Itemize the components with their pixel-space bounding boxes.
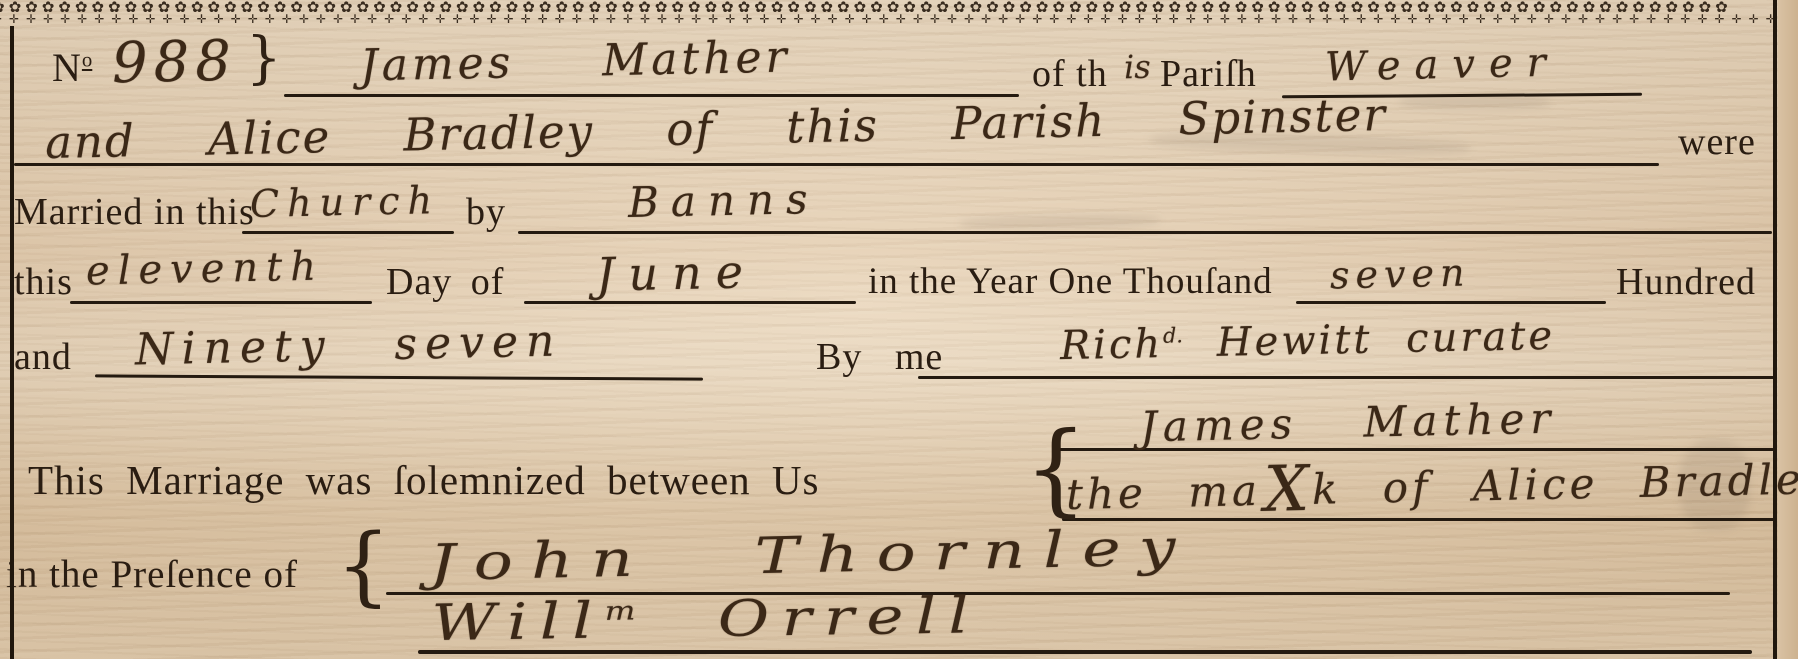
printed-this: this [14,260,73,304]
banns-entry: Banns [628,174,821,227]
marriage-register-page: ✿✿✿✿✿✿✿✿✿✿✿✿✿✿✿✿✿✿✿✿✿✿✿✿✿✿✿✿✿✿✿✿✿✿✿✿✿✿✿✿… [0,0,1798,659]
printed-parish-1: Pariſh [1160,52,1257,96]
bride-mark-text-right: k of Alice Bradley [1311,454,1798,514]
ink-bleed-through [960,213,1160,230]
month-entry: June [595,244,757,301]
printed-by-me: By me [816,335,943,379]
blank-rule-century [1296,301,1606,304]
day-entry: eleventh [86,244,325,295]
blank-rule-year [95,374,703,380]
blank-rule-officiant [918,376,1774,379]
officiant-name-part: Rich [1060,321,1164,369]
blank-rule-month [524,301,856,304]
bride-mark-text-left: the ma [1066,466,1262,519]
officiant-sup-d: d. [1163,323,1183,347]
blank-rule-day [70,301,372,304]
entry-number-sup-o: o [82,49,92,72]
hand-is-insert: is [1124,48,1151,87]
entry-number-label: No [52,44,92,91]
entry-number-brace: } [246,34,282,84]
printed-presence-clause: in the Preſence of [6,552,298,597]
church-entry: Church [250,178,441,226]
bride-line-entry: and Alice Bradley of this Parish Spinste… [45,88,1388,169]
year-entry: Ninety seven [135,316,563,376]
blank-rule-groom-name [284,94,1019,97]
printed-hundred: Hundred [1616,260,1756,304]
printed-married-in-this: Married in this [14,190,255,234]
printed-solemnized-clause: This Marriage was ſolemnized between Us [28,456,819,504]
witness-2-surname: Orrell [717,586,981,648]
ornament-border-bottom-row: ✛✛✛✛✛✛✛✛✛✛✛✛✛✛✛✛✛✛✛✛✛✛✛✛✛✛✛✛✛✛✛✛✛✛✛✛✛✛✛✛… [0,13,1798,25]
right-margin-rule [1773,0,1777,659]
officiant-signature: Richd. Hewitt curate [1060,313,1556,369]
century-entry: seven [1330,251,1471,298]
printed-by: by [466,190,506,234]
presence-brace: { [336,528,391,605]
printed-year-phrase: in the Year One Thouſand [868,260,1273,303]
groom-signature: James Mather [1140,394,1557,452]
printed-and: and [14,335,72,379]
witness-2-sup-m: m [604,597,635,627]
witness-2-signature: Willm Orrell [431,586,981,652]
entry-number: 988 [111,29,237,97]
groom-occupation-entry: Weaver [1325,40,1561,91]
officiant-surname-title: Hewitt curate [1216,313,1555,366]
printed-of-this: of th [1032,52,1108,96]
page-right-edge [1778,0,1798,659]
groom-name-entry: James Mather [360,31,792,91]
witness-2-name-part: Will [431,592,605,652]
blank-rule-witness-2 [418,650,1752,654]
printed-were: were [1678,120,1756,164]
left-margin-rule [10,26,14,659]
printed-day-of: Day of [386,260,504,304]
witness-1-signature: John Thornley [429,518,1194,592]
blank-rule-banns [518,231,1772,234]
blank-rule-church [242,231,454,234]
entry-number-n: N [52,45,82,90]
bride-x-mark: X [1263,452,1309,526]
